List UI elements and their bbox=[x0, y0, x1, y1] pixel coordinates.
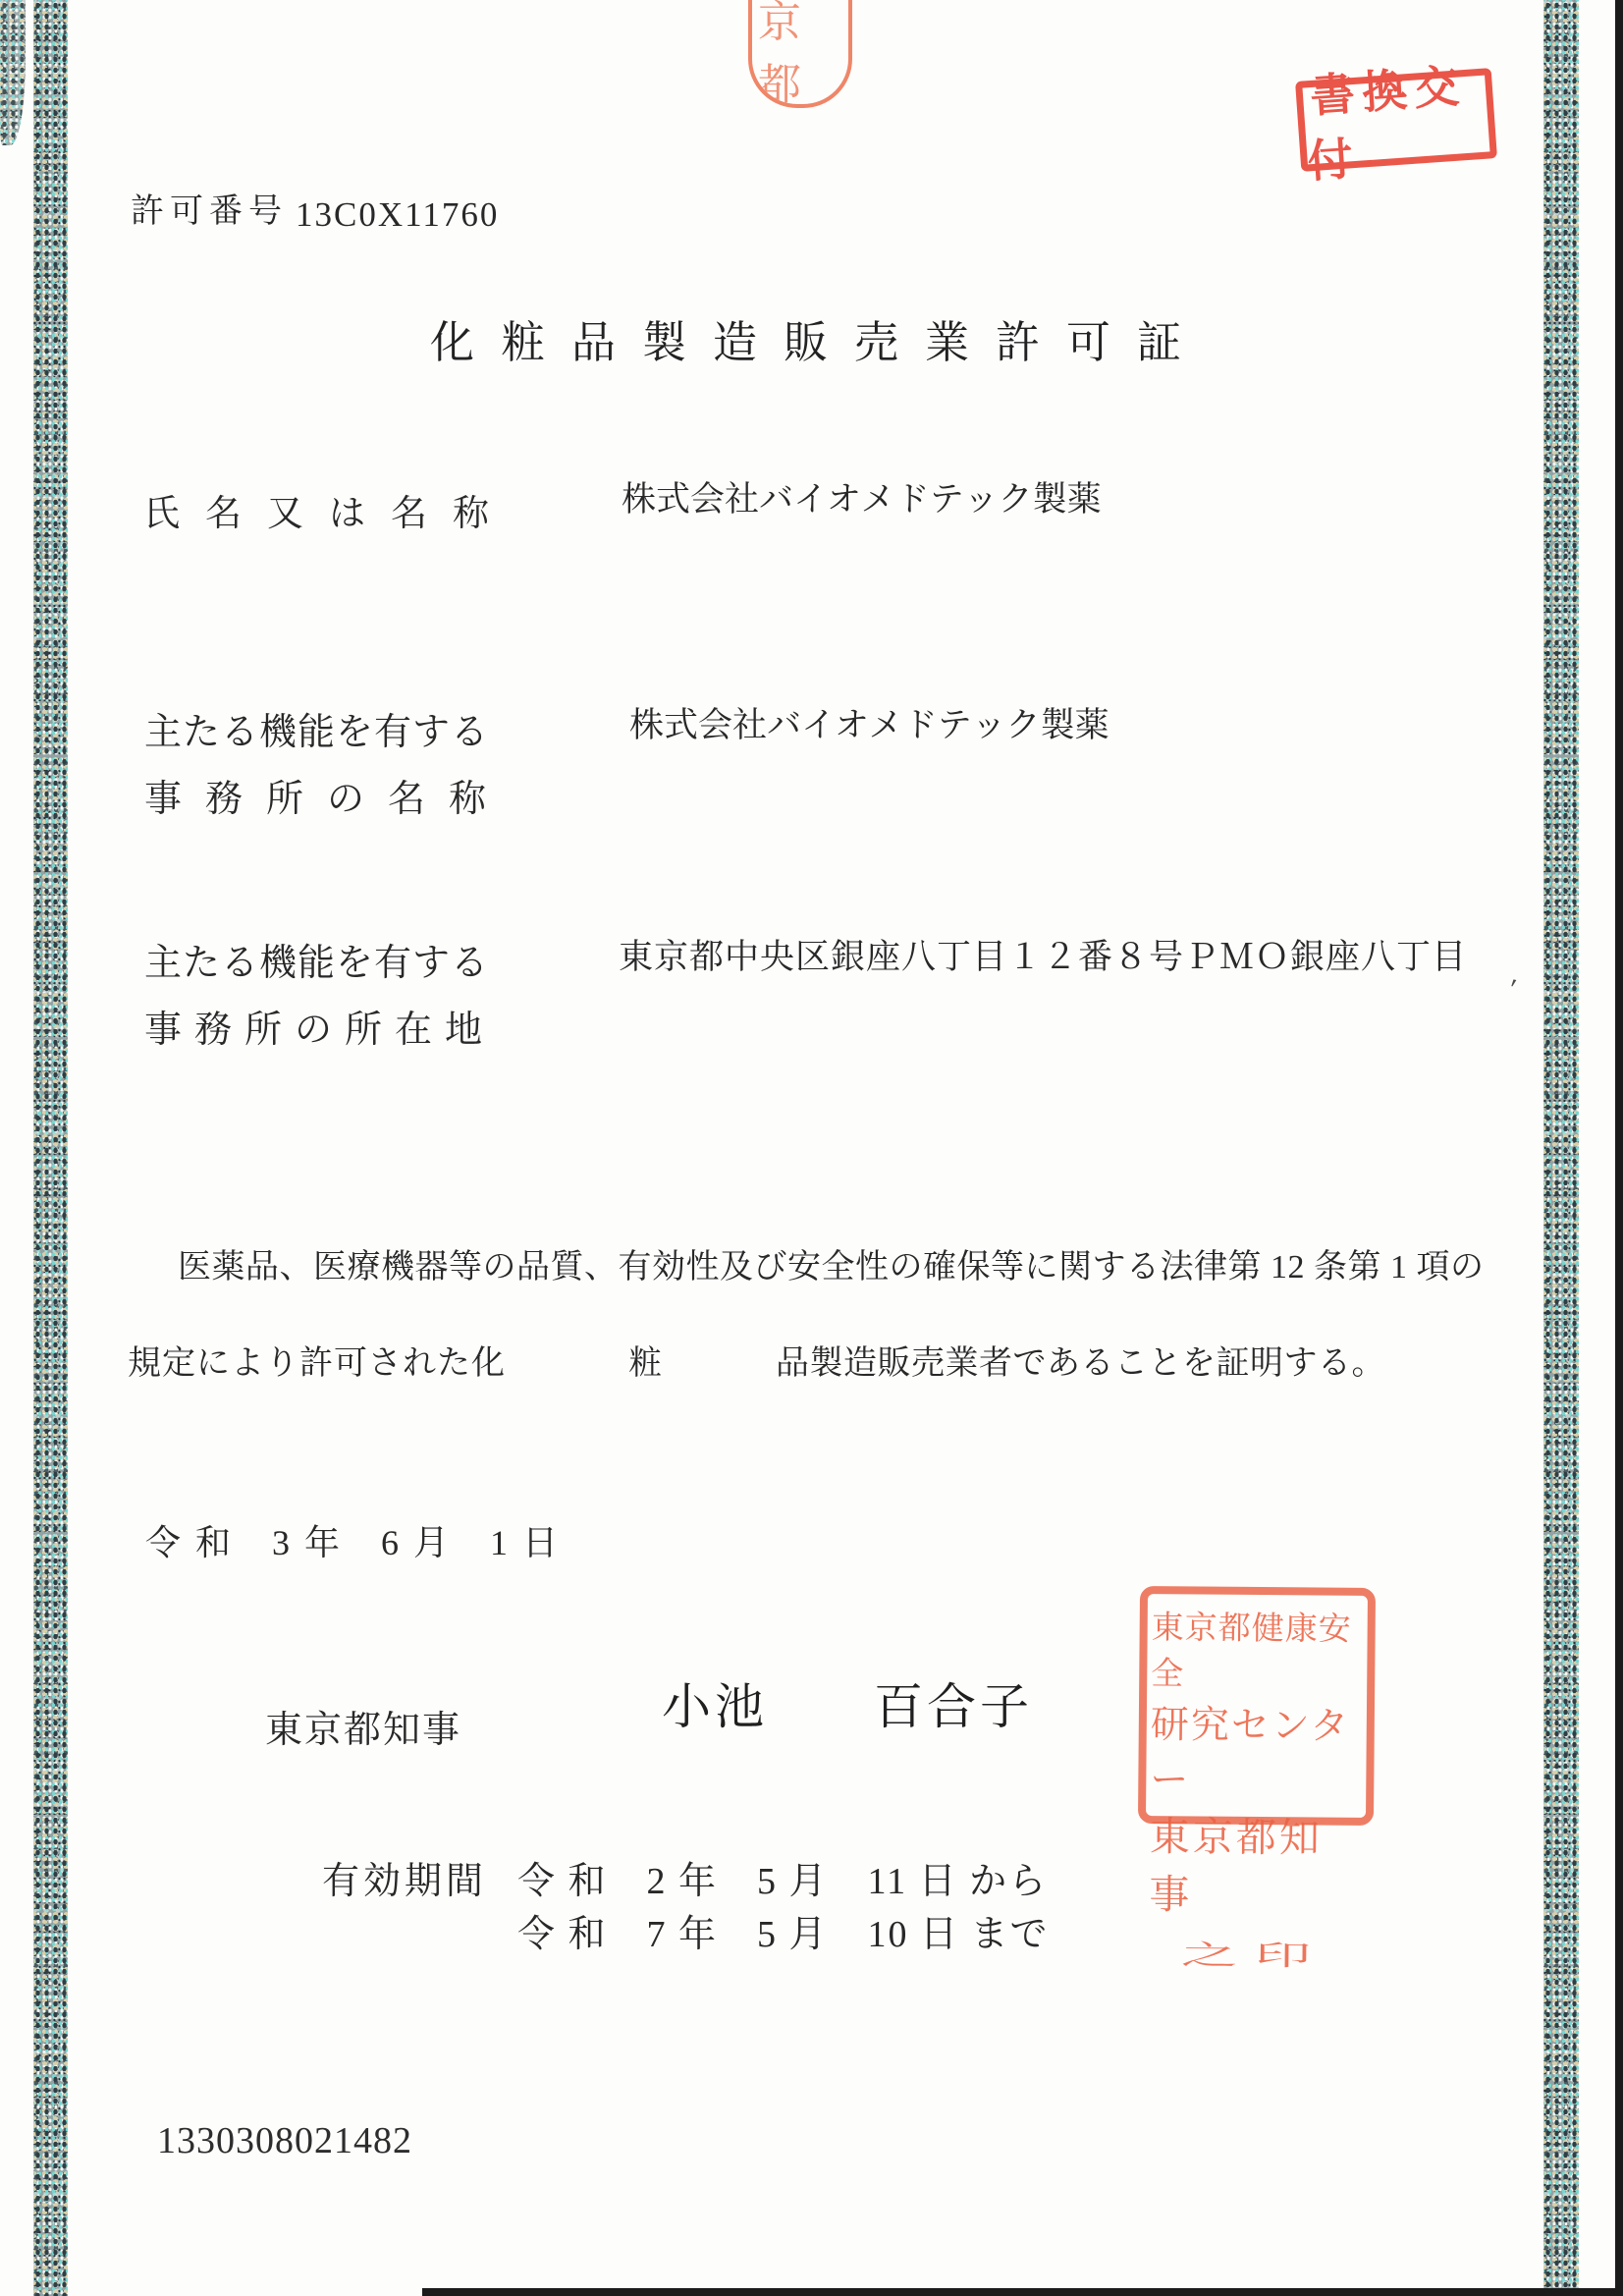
governor-official-seal-icon: 東京都健康安全 研究センター 東京都知事 之印 bbox=[1138, 1586, 1376, 1826]
official-seal-top-partial-icon: 京都 bbox=[748, 0, 852, 108]
issue-date: 令 和 3 年 6 月 1 日 bbox=[145, 1525, 561, 1560]
scan-edge-shadow-right bbox=[1615, 0, 1623, 2296]
security-border-left bbox=[33, 0, 68, 2296]
body-text-line2-part3: 品製造販売業者であることを証明する。 bbox=[776, 1347, 1385, 1381]
validity-period-label: 有効期間 bbox=[322, 1863, 487, 1900]
governor-seal-line3: 東京都知事 bbox=[1149, 1804, 1362, 1922]
issuer-name: 小池 百合子 bbox=[662, 1682, 1033, 1731]
validity-period-from: 令 和 2 年 5 月 11 日 から bbox=[517, 1863, 1048, 1900]
body-text-line2-part1: 規定により許可された化 bbox=[128, 1347, 506, 1381]
security-border-right bbox=[1543, 0, 1579, 2296]
field-name-label: 氏名又は名称 bbox=[143, 496, 514, 532]
validity-period-to: 令 和 7 年 5 月 10 日 まで bbox=[517, 1916, 1050, 1953]
field-office-name-label-line1: 主たる機能を有する bbox=[144, 714, 489, 751]
body-text-line1: 医薬品、医療機器等の品質、有効性及び安全性の確保等に関する法律第 12 条第 1… bbox=[178, 1251, 1485, 1285]
serial-number: 1330308021482 bbox=[157, 2122, 412, 2159]
field-office-name-value: 株式会社バイオメドテック製薬 bbox=[629, 708, 1109, 742]
scan-edge-shadow-bottom bbox=[422, 2288, 1623, 2296]
page-title: 化粧品製造販売業許可証 bbox=[430, 321, 1208, 365]
rewrite-issuance-stamp: 書換交付 bbox=[1295, 68, 1497, 172]
issuer-title: 東京都知事 bbox=[265, 1712, 461, 1749]
field-office-address-value: 東京都中央区銀座八丁目１２番８号ＰＭＯ銀座八丁目 bbox=[619, 940, 1467, 974]
field-office-name-label-line2: 事務所の名称 bbox=[144, 781, 510, 818]
rewrite-stamp-label: 書換交付 bbox=[1301, 49, 1492, 191]
field-office-address-label-line2: 事務所の所在地 bbox=[144, 1011, 495, 1049]
scan-ink-tick-mark: ′ bbox=[1506, 975, 1519, 1006]
governor-seal-line2: 研究センター bbox=[1150, 1694, 1363, 1806]
governor-seal-line1: 東京都健康安全 bbox=[1151, 1602, 1364, 1696]
security-border-top-left-fragment bbox=[0, 0, 26, 145]
top-seal-glyphs: 京都 bbox=[758, 0, 848, 108]
permit-number-label: 許可番号 bbox=[131, 195, 288, 229]
license-certificate-scan: 京都 書換交付 許可番号 13C0X11760 化粧品製造販売業許可証 氏名又は… bbox=[0, 0, 1623, 2296]
body-text-line2-part2: 粧 bbox=[628, 1347, 662, 1381]
field-office-address-label-line1: 主たる機能を有する bbox=[144, 945, 489, 982]
governor-seal-line4: 之印 bbox=[1181, 1933, 1328, 1974]
field-name-value: 株式会社バイオメドテック製薬 bbox=[622, 482, 1102, 517]
permit-number-value: 13C0X11760 bbox=[296, 197, 499, 232]
